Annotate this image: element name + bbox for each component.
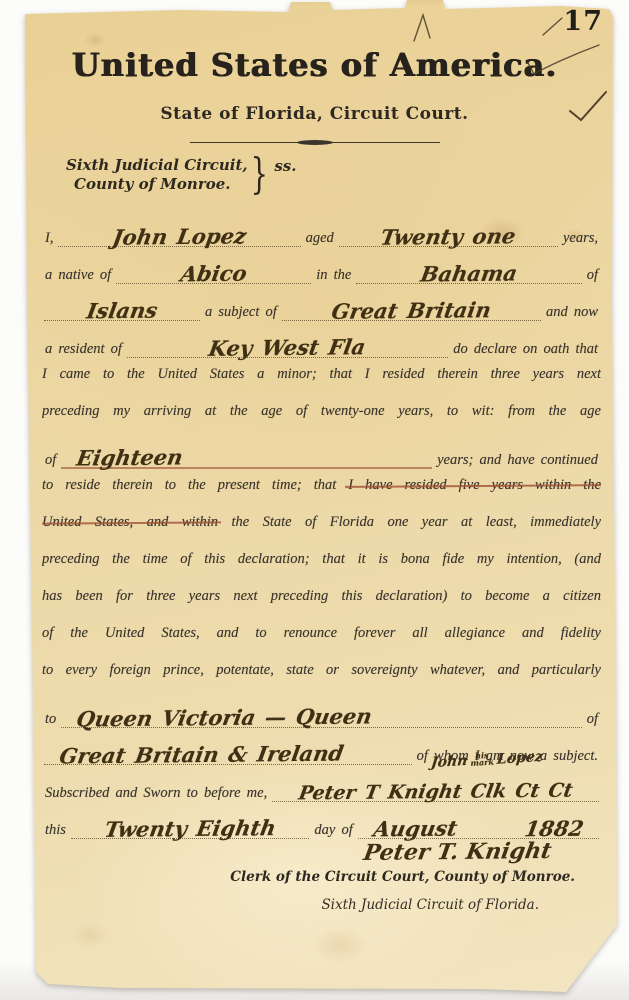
line-renounce-sovereign: to Queen Victoria — Queen of	[42, 691, 601, 728]
line-paragraph-1: I came to the United States a minor; tha…	[42, 358, 601, 395]
handwritten-name-john-lopez: John Lopez	[105, 225, 254, 248]
divider-diamond	[297, 140, 333, 145]
residence-blank: Key West Fla	[127, 321, 448, 358]
line-paragraph-8: to every foreign prince, potentate, stat…	[42, 654, 601, 691]
line-age-eighteen: of Eighteen years; and have continued	[42, 432, 601, 469]
printed-text: preceding my arriving at the age of twen…	[42, 403, 601, 419]
printed-text: Subscribed and Sworn to before me,	[42, 786, 270, 802]
document-paper: 17 United States of America. State of Fl…	[0, 0, 629, 1000]
venue-block: Sixth Judicial Circuit, County of Monroe…	[66, 156, 629, 194]
handwritten-sovereign: Queen Victoria — Queen	[69, 705, 380, 729]
printed-text: do declare on oath that	[450, 342, 601, 358]
age-blank: Twenty one	[339, 210, 558, 247]
month-year-blank: August 1882	[358, 802, 599, 839]
handwritten-islands: Islans	[79, 300, 165, 322]
his-mark-stack: his mark	[470, 752, 494, 767]
line-name-age: I, John Lopez aged Twenty one years,	[42, 210, 601, 247]
line-paragraph-4-struck: United States, and within the State of F…	[42, 506, 601, 543]
line-paragraph-2: preceding my arriving at the age of twen…	[42, 395, 601, 432]
signature-peter-knight: Peter T. Knight	[356, 840, 559, 864]
line-paragraph-6: has been for three years next preceding …	[42, 580, 601, 617]
line-subscribed-sworn: Subscribed and Sworn to before me, Peter…	[42, 765, 601, 802]
region-blank: Bahama	[356, 247, 581, 284]
ornament-divider	[190, 140, 440, 146]
clerk-signature-row: Peter T. Knight	[42, 840, 601, 866]
sovereign-blank: Queen Victoria — Queen	[61, 691, 581, 728]
handwritten-nation: Great Britain	[324, 299, 499, 322]
printed-text: I,	[42, 231, 56, 247]
line-paragraph-5: preceding the time of this declaration; …	[42, 543, 601, 580]
printed-text-struck-out: I have resided five years within the	[348, 477, 601, 493]
printed-text: of	[584, 268, 601, 284]
printed-text: I came to the United States a minor; tha…	[42, 366, 601, 382]
printed-text: to reside therein to the present time; t…	[42, 477, 336, 493]
line-date: this Twenty Eighth day of August 1882	[42, 802, 601, 839]
printed-text: to	[42, 712, 59, 728]
paper-wrapper: 17 United States of America. State of Fl…	[0, 0, 629, 1000]
printed-text: of	[42, 453, 59, 469]
printed-text: of	[584, 712, 601, 728]
printed-text: in the	[313, 268, 354, 284]
printed-text: this	[42, 823, 69, 839]
court-subtitle: State of Florida, Circuit Court.	[0, 104, 629, 124]
nation-blank: Great Britain	[282, 284, 541, 321]
pen-slash-mark	[543, 18, 562, 35]
printed-text: has been for three years next preceding …	[42, 588, 601, 604]
mark-first-name: John	[429, 754, 471, 771]
page-number: 17	[563, 6, 603, 37]
handwritten-region: Bahama	[413, 262, 525, 284]
age-eighteen-blank: Eighteen	[61, 432, 432, 469]
line-paragraph-3-struck: to reside therein to the present time; t…	[42, 469, 601, 506]
printed-text: to every foreign prince, potentate, stat…	[42, 662, 601, 678]
islands-blank: Islans	[44, 284, 200, 321]
handwritten-birthplace: Abico	[173, 263, 254, 285]
handwritten-residence: Key West Fla	[202, 336, 374, 359]
handwritten-age-eighteen: Eighteen	[69, 446, 190, 468]
realm-blank: Great Britain & Ireland	[44, 728, 412, 765]
printed-text: the State of Florida one year at least, …	[231, 514, 601, 530]
line-subject-of: Islans a subject of Great Britain and no…	[42, 284, 601, 321]
printed-text: and now	[543, 305, 601, 321]
document-title: United States of America.	[20, 46, 609, 84]
venue-line-county: County of Monroe.	[66, 175, 248, 194]
handwritten-year: 1882	[517, 818, 591, 840]
line-resident-of: a resident of Key West Fla do declare on…	[42, 321, 601, 358]
handwritten-day: Twenty Eighth	[97, 817, 283, 840]
handwritten-month: August	[366, 818, 465, 840]
printed-text-struck-out: United States, and within	[42, 514, 218, 530]
venue-ss: ss.	[274, 157, 296, 175]
clerk-title-line: Clerk of the Circuit Court, County of Mo…	[42, 869, 601, 885]
printed-text: aged	[303, 231, 337, 247]
pen-caret-mark	[414, 15, 430, 41]
mark-last-name: Lopez	[494, 750, 545, 767]
declaration-body: I, John Lopez aged Twenty one years, a n…	[42, 210, 601, 913]
day-blank: Twenty Eighth	[71, 802, 309, 839]
printed-text: a subject of	[202, 305, 280, 321]
name-blank: John Lopez	[58, 210, 300, 247]
venue-line-circuit: Sixth Judicial Circuit,	[66, 156, 248, 175]
printed-text: of the United States, and to renounce fo…	[42, 625, 601, 641]
printed-text: a resident of	[42, 342, 125, 358]
birthplace-blank: Abico	[116, 247, 311, 284]
mark-word-mark: mark	[471, 759, 495, 767]
printed-text: a native of	[42, 268, 114, 284]
circuit-title-line: Sixth Judicial Circuit of Florida.	[42, 897, 601, 913]
printed-text: years,	[560, 231, 601, 247]
printed-text: day of	[311, 823, 355, 839]
handwritten-realm: Great Britain & Ireland	[52, 742, 351, 766]
handwritten-officer-name: Peter T Knight Clk Ct Ct	[291, 782, 580, 804]
printed-text: years; and have continued	[434, 453, 601, 469]
line-native-of: a native of Abico in the Bahama of	[42, 247, 601, 284]
venue-text: Sixth Judicial Circuit, County of Monroe…	[66, 156, 248, 194]
officer-blank: Peter T Knight Clk Ct Ct John his mark L…	[272, 765, 599, 802]
handwritten-age: Twenty one	[373, 225, 523, 248]
line-paragraph-7: of the United States, and to renounce fo…	[42, 617, 601, 654]
printed-text: preceding the time of this declaration; …	[42, 551, 601, 567]
venue-brace: }	[250, 155, 267, 193]
